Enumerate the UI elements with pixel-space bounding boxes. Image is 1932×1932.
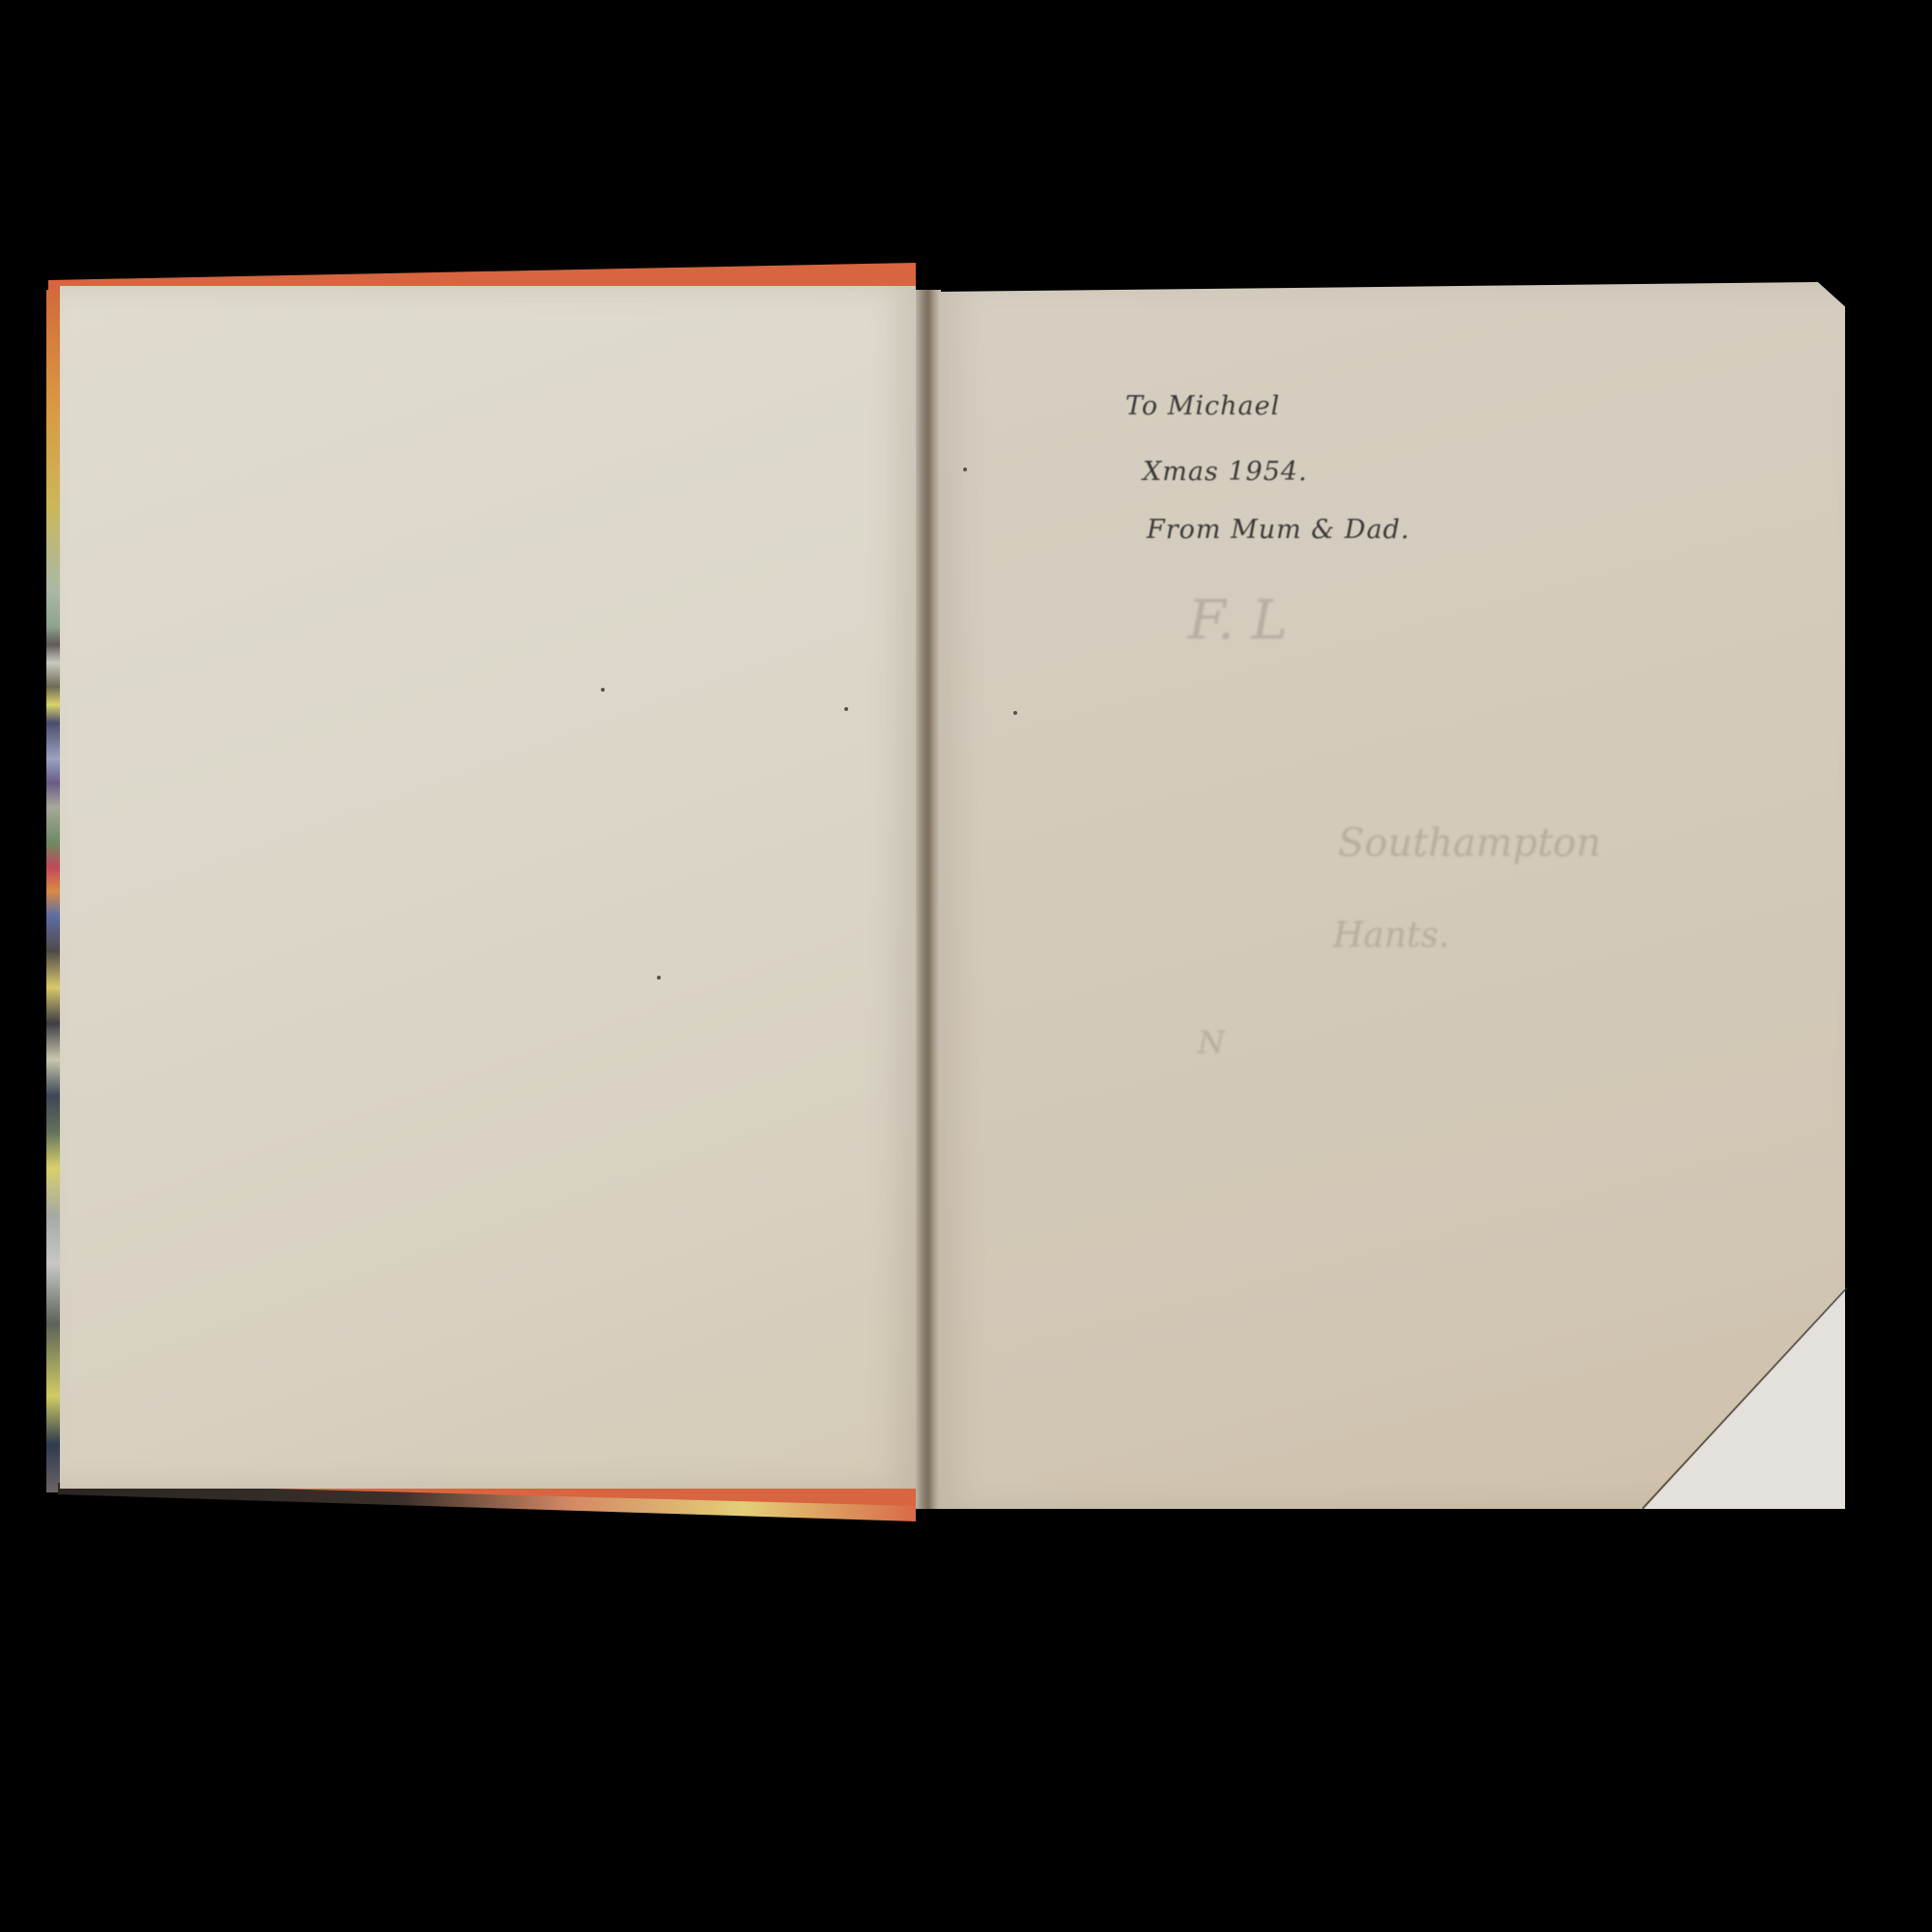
pencil-mark: N bbox=[1198, 1024, 1225, 1061]
inscription-line-sender: From Mum & Dad. bbox=[1147, 515, 1410, 545]
pencil-mark: F. L bbox=[1188, 589, 1288, 652]
corner-crease-line bbox=[1642, 1288, 1847, 1509]
book-photo: To Michael Xmas 1954. From Mum & Dad. F.… bbox=[0, 0, 1932, 1932]
inscription-line-recipient: To Michael bbox=[1125, 391, 1280, 421]
inscription-line-date: Xmas 1954. bbox=[1143, 457, 1308, 487]
pencil-mark: Hants. bbox=[1333, 916, 1449, 955]
paper-speck bbox=[963, 468, 967, 471]
book-gutter bbox=[916, 290, 941, 1509]
paper-speck bbox=[1013, 711, 1017, 715]
left-endpaper bbox=[60, 286, 916, 1489]
paper-speck bbox=[657, 976, 661, 980]
pencil-mark: Southampton bbox=[1338, 821, 1601, 866]
paper-speck bbox=[601, 688, 605, 692]
paper-speck bbox=[844, 707, 848, 711]
